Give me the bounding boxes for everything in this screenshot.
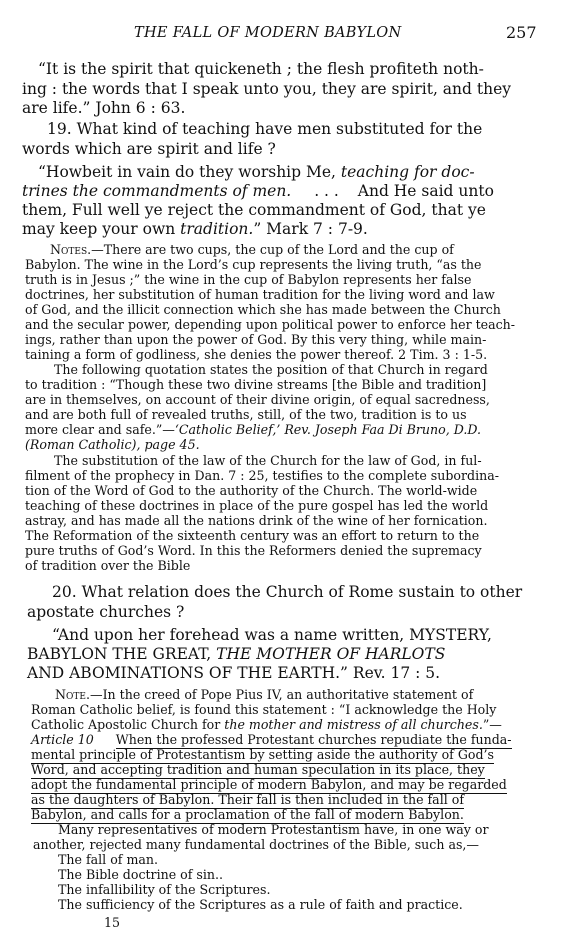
notes-line: astray, and has made all the nations dri… <box>25 515 488 528</box>
answer-line: “Howbeit in vain do they worship Me, tea… <box>38 165 475 181</box>
notes-line: Notes.—There are two cups, the cup of th… <box>50 244 454 257</box>
ellipsis: . . . <box>314 182 339 200</box>
notes-line: more clear and safe.”—‘Catholic Belief,’… <box>25 424 481 437</box>
note-text: Catholic Apostolic Church for <box>31 717 224 732</box>
answer-text: BABYLON THE GREAT, <box>27 645 216 663</box>
notes-text: more clear and safe.”— <box>25 422 175 437</box>
note-line: Note.—In the creed of Pope Pius IV, an a… <box>55 689 473 702</box>
citation: ‘Catholic Belief,’ Rev. Joseph Faa Di Br… <box>175 422 481 437</box>
notes-line: of tradition over the Bible <box>25 560 190 573</box>
answer-text: “Howbeit in vain do they worship Me, <box>38 163 341 181</box>
notes-line: The following quotation states the posit… <box>54 364 488 377</box>
underlined-line: as the daughters of Babylon. Their fall … <box>31 794 464 807</box>
note-line: Roman Catholic belief, is found this sta… <box>31 704 496 717</box>
page-number: 257 <box>506 25 537 41</box>
article-reference: Article 10 <box>31 732 94 747</box>
notes-line: tion of the Word of God to the authority… <box>25 485 477 498</box>
notes-line: teaching of these doctrines in place of … <box>25 500 488 513</box>
citation-source: (Roman Catholic), page 45. <box>25 439 200 452</box>
notes-line: are in themselves, on account of their d… <box>25 394 490 407</box>
notes-line: truth is in Jesus ;” the wine in the cup… <box>25 274 471 287</box>
note-text: ”— <box>483 717 502 732</box>
notes-line: and the secular power, depending upon po… <box>25 319 515 332</box>
notes-line: doctrines, her substitution of human tra… <box>25 289 495 302</box>
signature-mark: 15 <box>104 917 120 930</box>
notes-line: pure truths of God’s Word. In this the R… <box>25 545 482 558</box>
note-text: —In the creed of Pope Pius IV, an author… <box>90 687 473 702</box>
question-line: words which are spirit and life ? <box>22 142 276 158</box>
answer-text: may keep your own <box>22 220 180 238</box>
notes-line: to tradition : “Though these two divine … <box>25 379 486 392</box>
underlined-line: Word, and accepting tradition and human … <box>31 764 485 777</box>
answer-italic: tradition. <box>180 220 253 238</box>
underlined-line: Babylon, and calls for a proclamation of… <box>31 809 464 822</box>
notes-text: —There are two cups, the cup of the Lord… <box>91 242 454 257</box>
notes-line: Babylon. The wine in the Lord’s cup repr… <box>25 259 481 272</box>
list-item: The fall of man. <box>58 854 158 867</box>
list-item: The infallibility of the Scriptures. <box>58 884 270 897</box>
notes-line: and are both full of revealed truths, st… <box>25 409 467 422</box>
answer-line: may keep your own tradition.” Mark 7 : 7… <box>22 222 368 238</box>
answer-line: trines the commandments of men. . . . An… <box>22 184 494 200</box>
question-line: 20. What relation does the Church of Rom… <box>52 585 522 601</box>
answer-text: And He said unto <box>358 182 494 200</box>
answer-line: BABYLON THE GREAT, THE MOTHER OF HARLOTS <box>27 647 445 663</box>
running-title: THE FALL OF MODERN BABYLON <box>134 26 401 41</box>
note-italic: the mother and mistress of all churches. <box>224 717 483 732</box>
note-line: Article 10 When the professed Protestant… <box>31 734 512 747</box>
notes-line: filment of the prophecy in Dan. 7 : 25, … <box>25 470 499 483</box>
notes-line: The substitution of the law of the Churc… <box>54 455 482 468</box>
note-line: Many representatives of modern Protestan… <box>58 824 489 837</box>
answer-line: AND ABOMINATIONS OF THE EARTH.” Rev. 17 … <box>27 666 440 682</box>
list-item: The sufficiency of the Scriptures as a r… <box>58 899 463 912</box>
quote-line: “It is the spirit that quickeneth ; the … <box>38 62 558 78</box>
question-line: 19. What kind of teaching have men subst… <box>47 122 482 138</box>
notes-line: ings, rather than upon the power of God.… <box>25 334 486 347</box>
answer-italic: trines the commandments of men. <box>22 182 291 200</box>
notes-line: taining a form of godliness, she denies … <box>25 349 487 362</box>
notes-line: of God, and the illicit connection which… <box>25 304 501 317</box>
scripture-reference: ” Mark 7 : 7-9. <box>253 220 368 238</box>
answer-italic: teaching for doc- <box>341 163 475 181</box>
question-line: apostate churches ? <box>27 605 184 621</box>
underlined-line: mental principle of Protestantism by set… <box>31 749 494 762</box>
notes-line: The Reformation of the sixteenth century… <box>25 530 479 543</box>
note-label: Note. <box>55 687 90 702</box>
quote-line: are life.” John 6 : 63. <box>22 101 185 117</box>
note-line: another, rejected many fundamental doctr… <box>33 839 479 852</box>
list-item: The Bible doctrine of sin.. <box>58 869 223 882</box>
underlined-line: adopt the fundamental principle of moder… <box>31 779 507 792</box>
answer-italic: THE MOTHER OF HARLOTS <box>216 645 445 663</box>
quote-line: ing : the words that I speak unto you, t… <box>22 82 558 98</box>
answer-line: them, Full well ye reject the commandmen… <box>22 203 486 219</box>
answer-line: “And upon her forehead was a name writte… <box>52 628 492 644</box>
notes-label: Notes. <box>50 242 91 257</box>
note-line: Catholic Apostolic Church for the mother… <box>31 719 502 732</box>
